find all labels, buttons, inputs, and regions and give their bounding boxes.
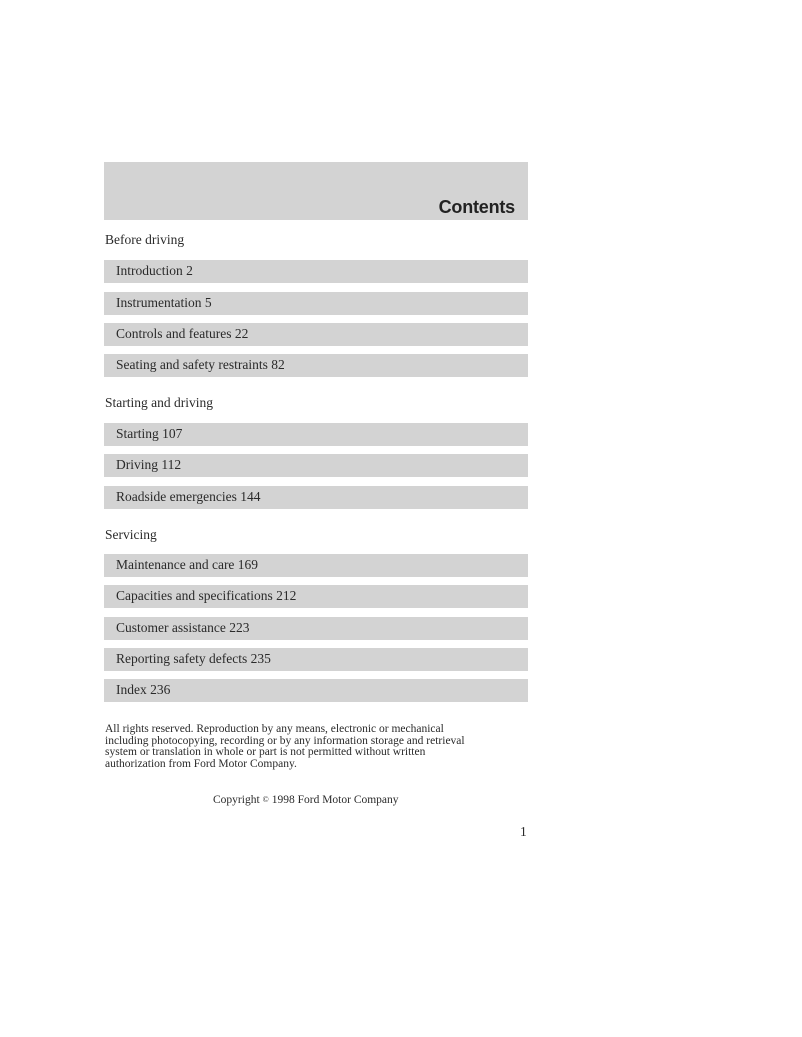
toc-item-label: Capacities and specifications 212 bbox=[116, 588, 296, 604]
rights-line: All rights reserved. Reproduction by any… bbox=[105, 724, 525, 736]
toc-item-label: Roadside emergencies 144 bbox=[116, 489, 260, 505]
rights-line: authorization from Ford Motor Company. bbox=[105, 759, 525, 771]
page-number: 1 bbox=[520, 824, 527, 840]
toc-item-controls-and-features[interactable]: Controls and features 22 bbox=[104, 323, 528, 346]
toc-item-label: Instrumentation 5 bbox=[116, 295, 212, 311]
toc-item-maintenance-and-care[interactable]: Maintenance and care 169 bbox=[104, 554, 528, 577]
toc-item-seating-and-safety-restraints[interactable]: Seating and safety restraints 82 bbox=[104, 354, 528, 377]
copyright-prefix: Copyright bbox=[213, 794, 260, 806]
toc-item-label: Controls and features 22 bbox=[116, 326, 248, 342]
rights-line: system or translation in whole or part i… bbox=[105, 747, 525, 759]
page-title: Contents bbox=[439, 197, 515, 218]
toc-item-instrumentation[interactable]: Instrumentation 5 bbox=[104, 292, 528, 315]
rights-notice: All rights reserved. Reproduction by any… bbox=[105, 724, 525, 770]
toc-item-driving[interactable]: Driving 112 bbox=[104, 454, 528, 477]
contents-header-band: Contents bbox=[104, 162, 528, 220]
copyright-icon: © bbox=[263, 795, 269, 804]
toc-item-index[interactable]: Index 236 bbox=[104, 679, 528, 702]
toc-item-label: Reporting safety defects 235 bbox=[116, 651, 271, 667]
toc-item-introduction[interactable]: Introduction 2 bbox=[104, 260, 528, 283]
copyright-notice: Copyright©1998 Ford Motor Company bbox=[213, 794, 399, 806]
section-label-before-driving: Before driving bbox=[105, 232, 184, 248]
toc-item-reporting-safety-defects[interactable]: Reporting safety defects 235 bbox=[104, 648, 528, 671]
document-page: Contents Before driving Introduction 2 I… bbox=[0, 0, 802, 1037]
toc-item-roadside-emergencies[interactable]: Roadside emergencies 144 bbox=[104, 486, 528, 509]
toc-item-label: Driving 112 bbox=[116, 457, 181, 473]
toc-item-label: Maintenance and care 169 bbox=[116, 557, 258, 573]
toc-item-label: Starting 107 bbox=[116, 426, 182, 442]
toc-item-label: Introduction 2 bbox=[116, 263, 193, 279]
toc-item-customer-assistance[interactable]: Customer assistance 223 bbox=[104, 617, 528, 640]
toc-item-starting[interactable]: Starting 107 bbox=[104, 423, 528, 446]
copyright-suffix: 1998 Ford Motor Company bbox=[272, 794, 399, 806]
toc-item-capacities-and-specifications[interactable]: Capacities and specifications 212 bbox=[104, 585, 528, 608]
toc-item-label: Index 236 bbox=[116, 682, 170, 698]
section-label-starting-and-driving: Starting and driving bbox=[105, 395, 213, 411]
toc-item-label: Seating and safety restraints 82 bbox=[116, 357, 285, 373]
section-label-servicing: Servicing bbox=[105, 527, 157, 543]
toc-item-label: Customer assistance 223 bbox=[116, 620, 249, 636]
